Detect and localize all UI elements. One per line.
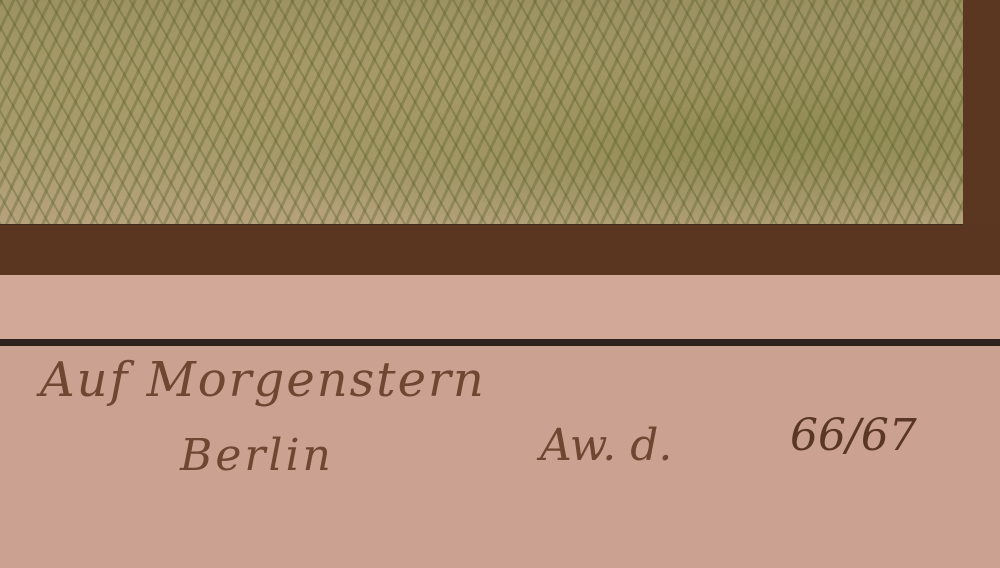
ink-rule-line — [0, 339, 1000, 346]
painting-grass-field — [0, 0, 963, 225]
frame-border-bottom — [0, 225, 1000, 275]
mat-band — [0, 275, 1000, 339]
inscription-date: 66/67 — [790, 410, 917, 461]
inscription-middle: Aw. d. — [540, 420, 672, 471]
inscription-place: Berlin — [180, 430, 334, 481]
inscription-line-1: Auf Morgenstern — [40, 352, 486, 408]
